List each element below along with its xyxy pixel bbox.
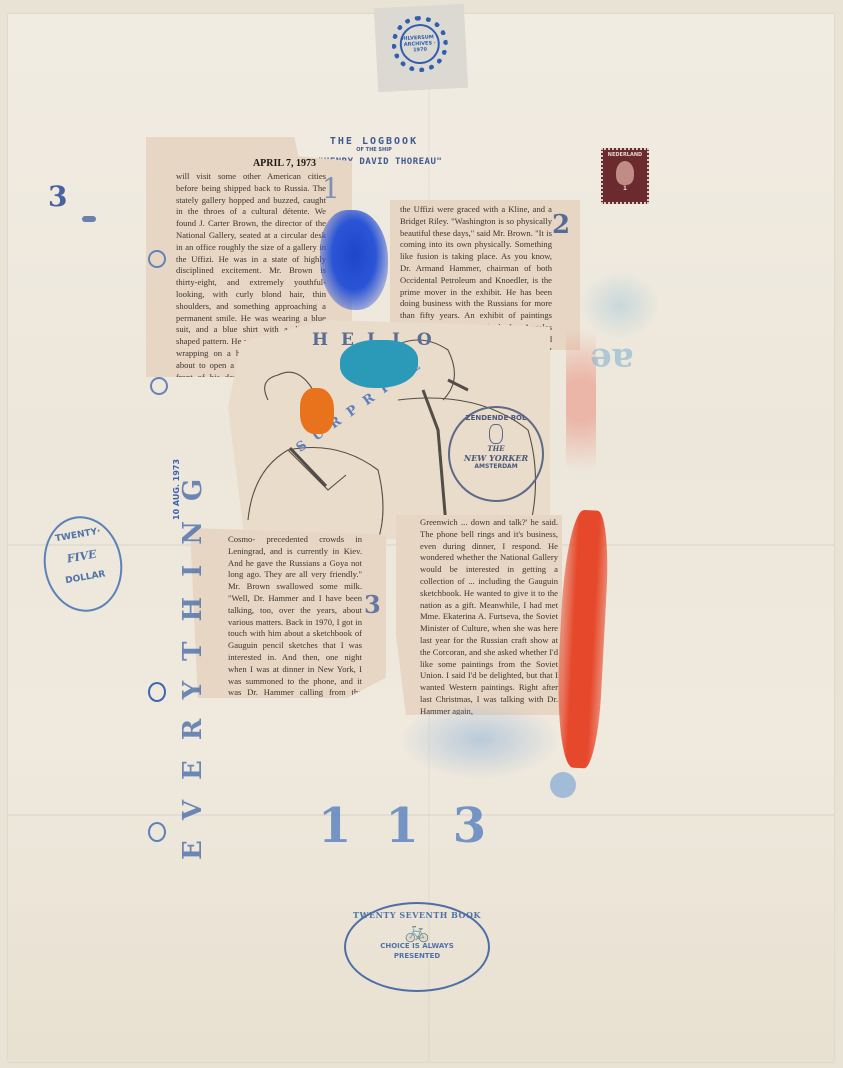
- new-yorker-stamp-top: ZENDENDE BOL: [450, 414, 542, 422]
- postage-stamp-country: NEDERLAND: [603, 152, 647, 158]
- blue-dot: [550, 772, 576, 798]
- new-yorker-stamp-line1: THE: [450, 444, 542, 453]
- postage-stamp: NEDERLAND 1: [601, 148, 649, 204]
- stamped-number-3: 3: [48, 180, 67, 213]
- blue-smudge: [400, 700, 560, 780]
- top-stamp-scrap: HILVERSUM · ARCHIVES · 1970: [374, 4, 468, 93]
- clip-number-3: 3: [364, 590, 381, 619]
- blue-smudge: [580, 270, 660, 340]
- teal-paint-mark: [340, 340, 418, 388]
- crest-icon: [489, 424, 503, 444]
- new-yorker-stamp: ZENDENDE BOL THE NEW YORKER AMSTERDAM: [448, 406, 544, 502]
- five-dollar-stamp-middle: FIVE: [44, 544, 119, 570]
- new-yorker-stamp-line2: NEW YORKER: [450, 453, 542, 463]
- logbook-title: THE LOGBOOK: [314, 136, 434, 147]
- vertical-stamped-word: EVERYTHING: [178, 459, 208, 860]
- circle-mark: [148, 822, 166, 842]
- book-stamp-line1: CHOICE IS ALWAYS: [346, 942, 488, 950]
- faint-stamped-letters: ae: [590, 340, 634, 380]
- circle-mark: [148, 682, 166, 702]
- round-seal-stamp: HILVERSUM · ARCHIVES · 1970: [390, 15, 449, 74]
- clipping-3-text: Cosmo- precedented crowds in Leningrad, …: [196, 534, 362, 698]
- book-stamp-line2: PRESENTED: [346, 952, 488, 960]
- clip-number-2: 2: [552, 210, 570, 240]
- postage-stamp-value: 1: [603, 185, 647, 192]
- five-dollar-stamp-bottom: DOLLAR: [48, 566, 123, 589]
- portrait-icon: [616, 161, 634, 185]
- circle-mark: [148, 250, 166, 268]
- blue-crayon-mark: [320, 210, 388, 310]
- clip-number-1: 1: [322, 172, 340, 205]
- logbook-subtitle: OF THE SHIP: [314, 147, 434, 153]
- bicycle-icon: 🚲: [346, 920, 488, 942]
- seal-text: HILVERSUM · ARCHIVES · 1970: [399, 23, 441, 65]
- clipping-3: Cosmo- precedented crowds in Leningrad, …: [190, 528, 386, 698]
- orange-paint-mark: [300, 388, 334, 434]
- stamped-number-113: 113: [318, 798, 520, 854]
- clipping-4: Greenwich ... down and talk?' he said. T…: [396, 515, 562, 715]
- circle-mark: [150, 377, 168, 395]
- clipping-4-text: Greenwich ... down and talk?' he said. T…: [420, 517, 558, 715]
- date-stamp: 10 AUG. 1973: [172, 459, 181, 520]
- logbook-header: THE LOGBOOK OF THE SHIP: [314, 136, 434, 153]
- new-yorker-stamp-line3: AMSTERDAM: [450, 463, 542, 470]
- ink-dots: [82, 216, 96, 222]
- twenty-seventh-book-stamp: TWENTY SEVENTH BOOK 🚲 CHOICE IS ALWAYS P…: [344, 902, 490, 992]
